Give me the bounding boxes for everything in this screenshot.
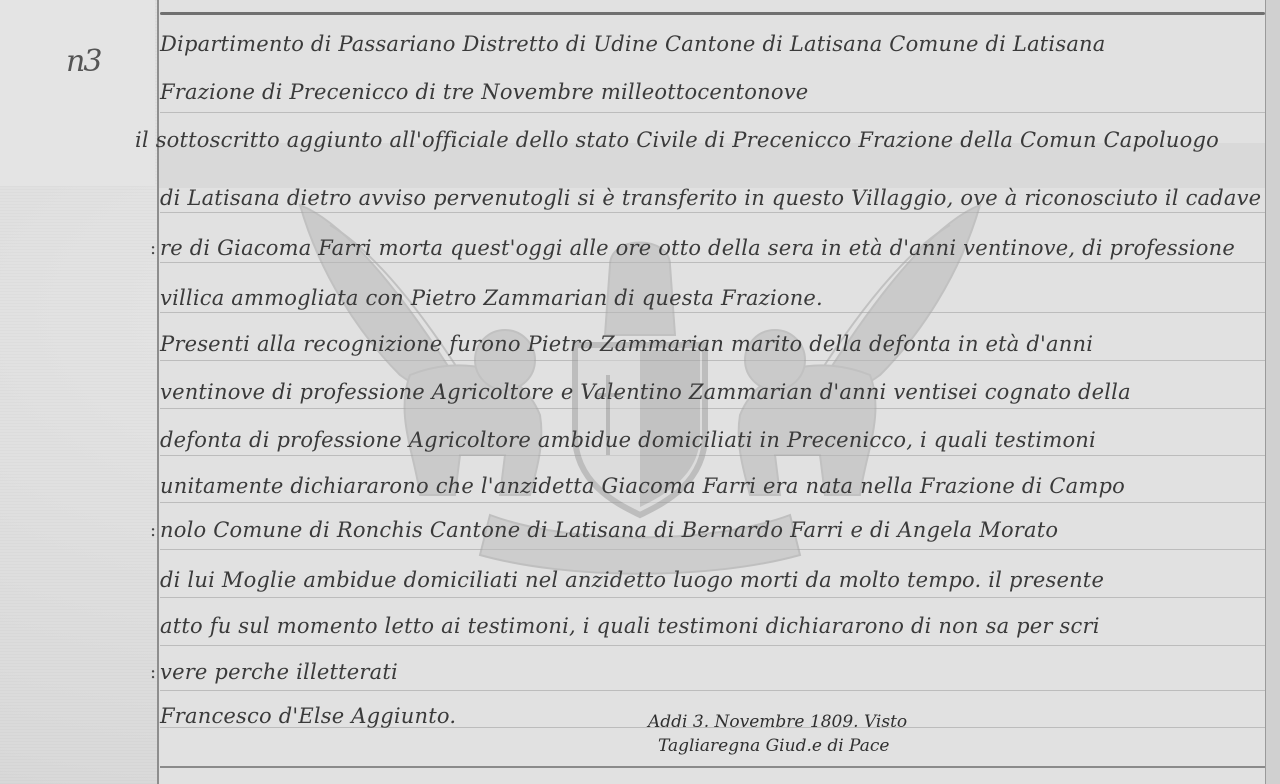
record-line-8: ventinove di professione Agricoltore e V… <box>160 380 1131 404</box>
record-line-13: atto fu sul momento letto ai testimoni, … <box>160 614 1100 638</box>
ruled-line <box>160 690 1265 691</box>
visa-annotation-signature: Tagliaregna Giud.e di Pace <box>658 736 889 756</box>
entry-number: n3 <box>66 44 100 79</box>
top-rule <box>160 12 1265 15</box>
margin-colon-mark: : <box>150 520 156 541</box>
margin-colon-mark: : <box>150 662 156 683</box>
bottom-rule <box>160 766 1265 768</box>
record-line-3: il sottoscritto aggiunto all'officiale d… <box>135 128 1219 152</box>
record-line-10: unitamente dichiararono che l'anzidetta … <box>160 474 1125 498</box>
record-line-9: defonta di professione Agricoltore ambid… <box>160 428 1096 452</box>
document-page: n3 Dipartimento di Passariano Distretto … <box>0 0 1280 784</box>
ruled-line <box>160 645 1265 646</box>
page-right-edge <box>1265 0 1280 784</box>
record-line-2: Frazione di Precenicco di tre Novembre m… <box>160 80 808 104</box>
ruled-line <box>160 112 1265 113</box>
signature-line: Francesco d'Else Aggiunto. <box>160 704 456 728</box>
margin-colon-mark: : <box>150 238 156 259</box>
record-line-5: re di Giacoma Farri morta quest'oggi all… <box>160 236 1235 260</box>
record-line-6: villica ammogliata con Pietro Zammarian … <box>160 286 823 310</box>
record-line-12: di lui Moglie ambidue domiciliati nel an… <box>160 568 1104 592</box>
margin-rule <box>157 0 159 784</box>
record-line-7: Presenti alla recognizione furono Pietro… <box>160 332 1093 356</box>
record-line-11: nolo Comune di Ronchis Cantone di Latisa… <box>160 518 1058 542</box>
ruled-line <box>160 597 1265 598</box>
margin-light-patch <box>0 0 155 186</box>
record-line-4: di Latisana dietro avviso pervenutogli s… <box>160 186 1261 210</box>
record-line-1: Dipartimento di Passariano Distretto di … <box>160 32 1106 56</box>
record-line-14: vere perche illetterati <box>160 660 398 684</box>
visa-annotation-date: Addi 3. Novembre 1809. Visto <box>648 712 907 732</box>
